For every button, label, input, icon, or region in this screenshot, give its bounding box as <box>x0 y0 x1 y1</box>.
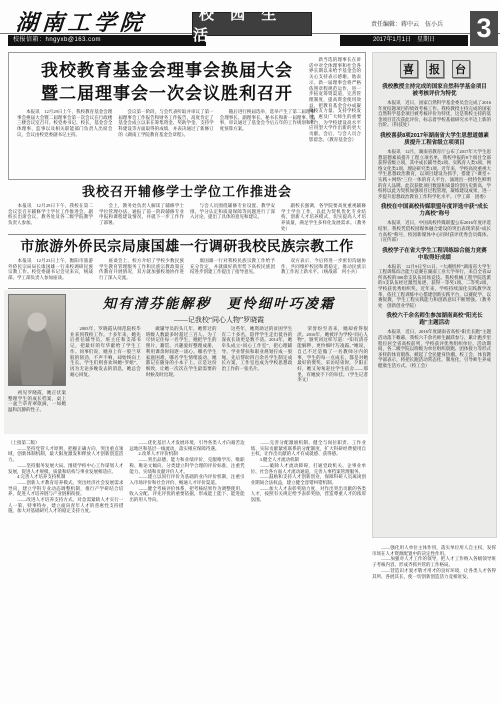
article3-headline: 市旅游外侨民宗局康国雄一行调研我校民族宗教工作 <box>8 238 366 254</box>
feature-titles: 知有清芬能解秽 更怜细叶巧凌霜 ——记我校“同心人物”罗晓霞 <box>70 292 368 325</box>
sidebar-item-body: 本报讯 近日，2016年度湖南省高校“阳光长跑”主题活动落下帷幕，我校六千余名师… <box>378 329 491 368</box>
continued-column: ——完善分配激励机制。健全与岗位职责、工作业绩、实际贡献紧密联系的分配制度，扩大… <box>251 440 366 698</box>
feature-body: 2003年，罗晓霞从师范院校毕业来到我校工作。十多年来，她先后担任辅导员、班主任… <box>70 326 368 430</box>
sidebar-item: 我校学子在省大学生工程训练综合能力竞赛中取得好成绩 本报讯 12月9日至11日，… <box>378 248 491 309</box>
article1-column: 会议第一阶段，与会代表听取并审议了第一届理事会工作报告和财务工作报告，高度肯定了… <box>118 109 213 175</box>
article3-column: 本报讯 12月23日上午，衡阳市旅游外侨民宗局局长康国雄一行来校调研民族宗教工作… <box>8 258 93 288</box>
sidebar-item-body: 本报讯 近日，中国高校传媒联盟公布2016年度评选结果，我校凭借校园媒体融合建设… <box>378 220 491 242</box>
sidebar-item-headline: 我校六千余名师生参加湖南高校“阳光长跑”主题活动 <box>380 313 489 327</box>
sidebar-item: 我校喜获8项2017年湖南省大学生思想道德素质提升工程省级立项项目 本报讯 12… <box>378 133 491 199</box>
divider <box>8 234 366 235</box>
article1-headline-line2: 暨二届理事会一次会议胜利召开 <box>19 82 315 105</box>
sidebar-item: 我校教授主持完成的国家自然科学基金项目被考核评价为特优 本报讯 近日，国家自然科… <box>378 84 491 128</box>
sidebar-item: 我校六千余名师生参加湖南高校“阳光长跑”主题活动 本报讯 近日，2016年度湖南… <box>378 313 491 368</box>
sidebar-item-headline: 我校在中国高校传媒联盟年度评选中获“成长力高校”称号 <box>380 204 489 218</box>
masthead-email-bar: 校报信箱：hngyxb@163.com <box>8 35 206 46</box>
continued-column: ——强化用人单位主体作用，落实单位用人自主权，发挥市场在人才资源配置中的决定性作… <box>372 545 496 697</box>
article3-column: 双方表示，今后将进一步密切沟通协作，共同维护校园和谐稳定，推动民族宗教工作再上新… <box>281 258 366 288</box>
article-minor-degree-meeting: 我校召开辅修学士学位工作推进会 本报讯 12月29日下午，我校在第二会议室召开辅… <box>8 184 366 233</box>
sidebar-item-headline: 我校教授主持完成的国家自然科学基金项目被考核评价为特优 <box>380 84 489 98</box>
article2-column: 副校长强调，各学院要高度重视辅修学士学位工作，以此为契机优化专业结构，创新人才培… <box>281 203 366 233</box>
feature-photo-column: 初见罗晓霞，她正伏案整理学生的成长档案，桌上一盆兰草青翠欲滴，一如她温和沉静的性… <box>8 390 66 430</box>
article3-body: 本报讯 12月23日上午，衡阳市旅游外侨民宗局局长康国雄一行来校调研民族宗教工作… <box>8 258 366 288</box>
newspaper-page: 湖南工学院 校报信箱：hngyxb@163.com 校 园 生 活 责任编辑：蒋… <box>0 0 500 703</box>
article1-column: 新当选的理事长在讲话中对全体理事和社会各界长期以来给予基金会的关心支持表示感谢。… <box>309 57 361 175</box>
feature-column: 荣誉纷至沓来，她却看得很淡。2016年，她被评为学校“同心人物”，颁奖词这样写道… <box>297 326 368 430</box>
feature-title: 知有清芬能解秽 更怜细叶巧凌霜 <box>70 292 368 312</box>
article2-column: 与会人员围绕辅修专业设置、教学安排、学分认定和质量保障等问题进行了深入讨论，提出… <box>190 203 275 233</box>
sidebar-header: 喜 报 台 <box>378 60 491 78</box>
sidebar-item-headline: 我校学子在省大学生工程训练综合能力竞赛中取得好成绩 <box>380 248 489 262</box>
article1-column: 随后进行换届选举，选举产生了第二届理事会理事长、副理事长、秘书长和新一届理事、监… <box>220 109 315 175</box>
article1-column: 本报讯 12月29日上午，我校教育基金会理事会换届大会暨二届理事会第一次会议在行… <box>17 109 112 175</box>
feature-column: 2003年，罗晓霞从师范院校毕业来到我校工作。十多年来，她先后担任辅导员、班主任… <box>70 326 141 430</box>
editors-line: 责任编辑：蒋中云 伍小兵 <box>348 19 466 28</box>
article2-body: 本报讯 12月29日下午，我校在第二会议室召开辅修学士学位工作推进会。副校长出席… <box>8 203 366 233</box>
sidebar-item: 我校在中国高校传媒联盟年度评选中获“成长力高校”称号 本报讯 近日，中国高校传媒… <box>378 204 491 242</box>
sidebar-item-body: 本报讯 12月，湖南省教育厅公布了2017年大学生思想道德素质提升工程立项名单，… <box>378 149 491 199</box>
article2-column: 会上，教务处负责人解读了辅修学士学位管理办法，通报了前一阶段辅修专业申报和课程建… <box>99 203 184 233</box>
sidebar-item-headline: 我校喜获8项2017年湖南省大学生思想道德素质提升工程省级立项项目 <box>380 133 489 147</box>
article1-headline-line1: 我校教育基金会理事会换届大会 <box>19 59 315 82</box>
feature-story: 初见罗晓霞，她正伏案整理学生的成长档案，桌上一盆兰草青翠欲滴，一如她温和沉静的性… <box>4 290 368 434</box>
sidebar-header-char: 报 <box>426 60 444 78</box>
article2-column: 本报讯 12月29日下午，我校在第二会议室召开辅修学士学位工作推进会。副校长出席… <box>8 203 93 233</box>
masthead-title: 湖南工学院 <box>15 6 197 37</box>
portrait-photo <box>8 294 66 386</box>
article-basic-fund-meeting: 我校教育基金会理事会换届大会 暨二届理事会一次会议胜利召开 本报讯 12月29日… <box>8 52 366 180</box>
article2-headline: 我校召开辅修学士学位工作推进会 <box>8 184 366 199</box>
section-title: 校 园 生 活 <box>192 12 312 36</box>
feature-column: 做辅导员的头几年，她带过的班级人数最多时超过三百人。为了尽快记住每一名学生，她把… <box>146 326 217 430</box>
divider <box>8 288 366 289</box>
date-line: 2017年1月1日 星期日 <box>340 35 468 46</box>
article1-body: 本报讯 12月29日上午，我校教育基金会理事会换届大会暨二届理事会第一次会议在行… <box>17 109 315 175</box>
continued-column: ——优化基层人才发展环境，引导各类人才向艰苦边远地区和基层一线流动，落实相应保障… <box>129 440 244 698</box>
article-religion-research-visit: 市旅游外侨民宗局康国雄一行调研我校民族宗教工作 本报讯 12月23日上午，衡阳市… <box>8 238 366 288</box>
article3-column: 座谈会上，校方介绍了学校少数民族学生教育管理服务工作和民族宗教政策宣传教育开展情… <box>99 258 184 288</box>
good-news-sidebar: 喜 报 台 我校教授主持完成的国家自然科学基金项目被考核评价为特优 本报讯 近日… <box>372 52 497 538</box>
feature-subtitle: ——记我校“同心人物”罗晓霞 <box>70 315 368 325</box>
article1-headline: 我校教育基金会理事会换届大会 暨二届理事会一次会议胜利召开 <box>19 59 315 105</box>
continued-column: （上接第二版） ——坚持党管人才原则，把握正确方向，突出重点领域，创新体制机制，… <box>8 440 123 698</box>
feature-column: 这些年，她资助过的贫困学生有二十多名，陪伴学生走出低谷的深夜长谈更是数不清。20… <box>222 326 293 430</box>
continued-article: （上接第二版） ——坚持党管人才原则，把握正确方向，突出重点领域，创新体制机制，… <box>8 440 366 698</box>
sidebar-item-body: 本报讯 12月9日至11日，“大湘机杯”湖南省大学生工程训练综合能力竞赛在湖南工… <box>378 264 491 309</box>
sidebar-header-char: 台 <box>452 60 470 78</box>
sidebar-header-char: 喜 <box>400 60 418 78</box>
sidebar-item-body: 本报讯 近日，国家自然科学基金委员会完成了2016年度结题项目的绩效考核工作。我… <box>378 100 491 128</box>
page-number: 3 <box>470 11 498 46</box>
article3-column: 康国雄一行对我校民族宗教工作给予充分肯定，并就做好新形势下高校民族团结进步创建工… <box>190 258 275 288</box>
